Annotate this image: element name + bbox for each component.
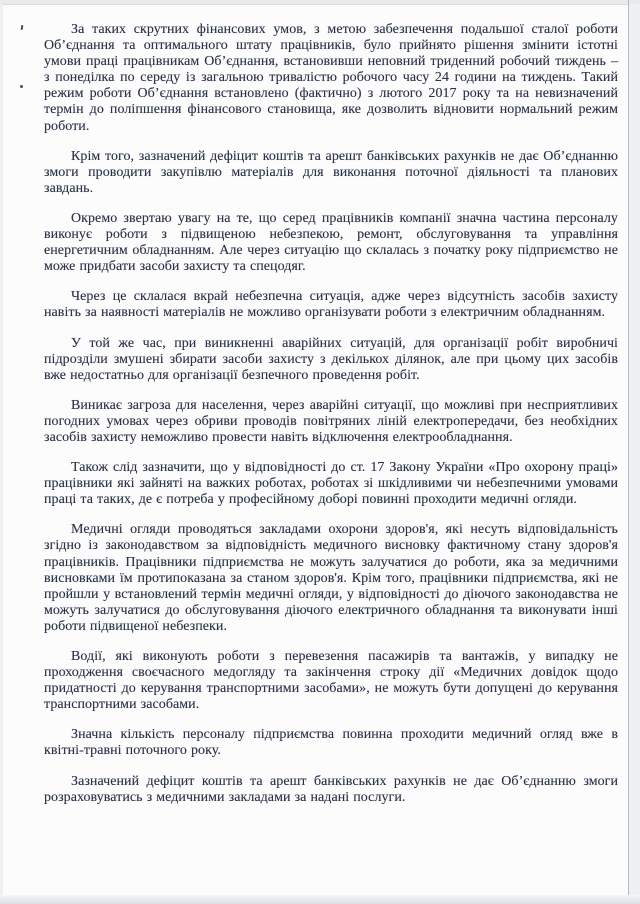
scan-edge-left	[0, 4, 3, 895]
paragraph: Медичні огляди проводяться закладами охо…	[44, 522, 618, 635]
scan-edge-bottom	[0, 895, 640, 904]
paragraph: Виникає загроза для населення, через ава…	[44, 398, 618, 446]
paragraph: За таких скрутних фінансових умов, з мет…	[44, 22, 618, 135]
scan-artifact-mark	[20, 85, 23, 88]
paragraph: У той же час, при виникненні аварійних с…	[44, 336, 618, 384]
scan-edge-top	[0, 0, 640, 5]
paragraph: Водії, які виконують роботи з перевезенн…	[44, 649, 618, 713]
paragraph: Значна кількість персоналу підприємства …	[44, 727, 618, 759]
paragraph: Також слід зазначити, що у відповідності…	[44, 460, 618, 508]
paragraph: Через це склалася вкрай небезпечна ситуа…	[44, 289, 618, 321]
scan-artifact-mark	[21, 25, 24, 30]
paragraph: Окремо звертаю увагу на те, що серед пра…	[44, 211, 618, 275]
scanned-document-page: За таких скрутних фінансових умов, з мет…	[0, 0, 640, 904]
scan-edge-right	[629, 4, 640, 896]
document-text-block: За таких скрутних фінансових умов, з мет…	[44, 22, 618, 820]
paragraph: Крім того, зазначений дефіцит коштів та …	[44, 149, 618, 197]
paragraph: Зазначений дефіцит коштів та арешт банкі…	[44, 774, 618, 806]
